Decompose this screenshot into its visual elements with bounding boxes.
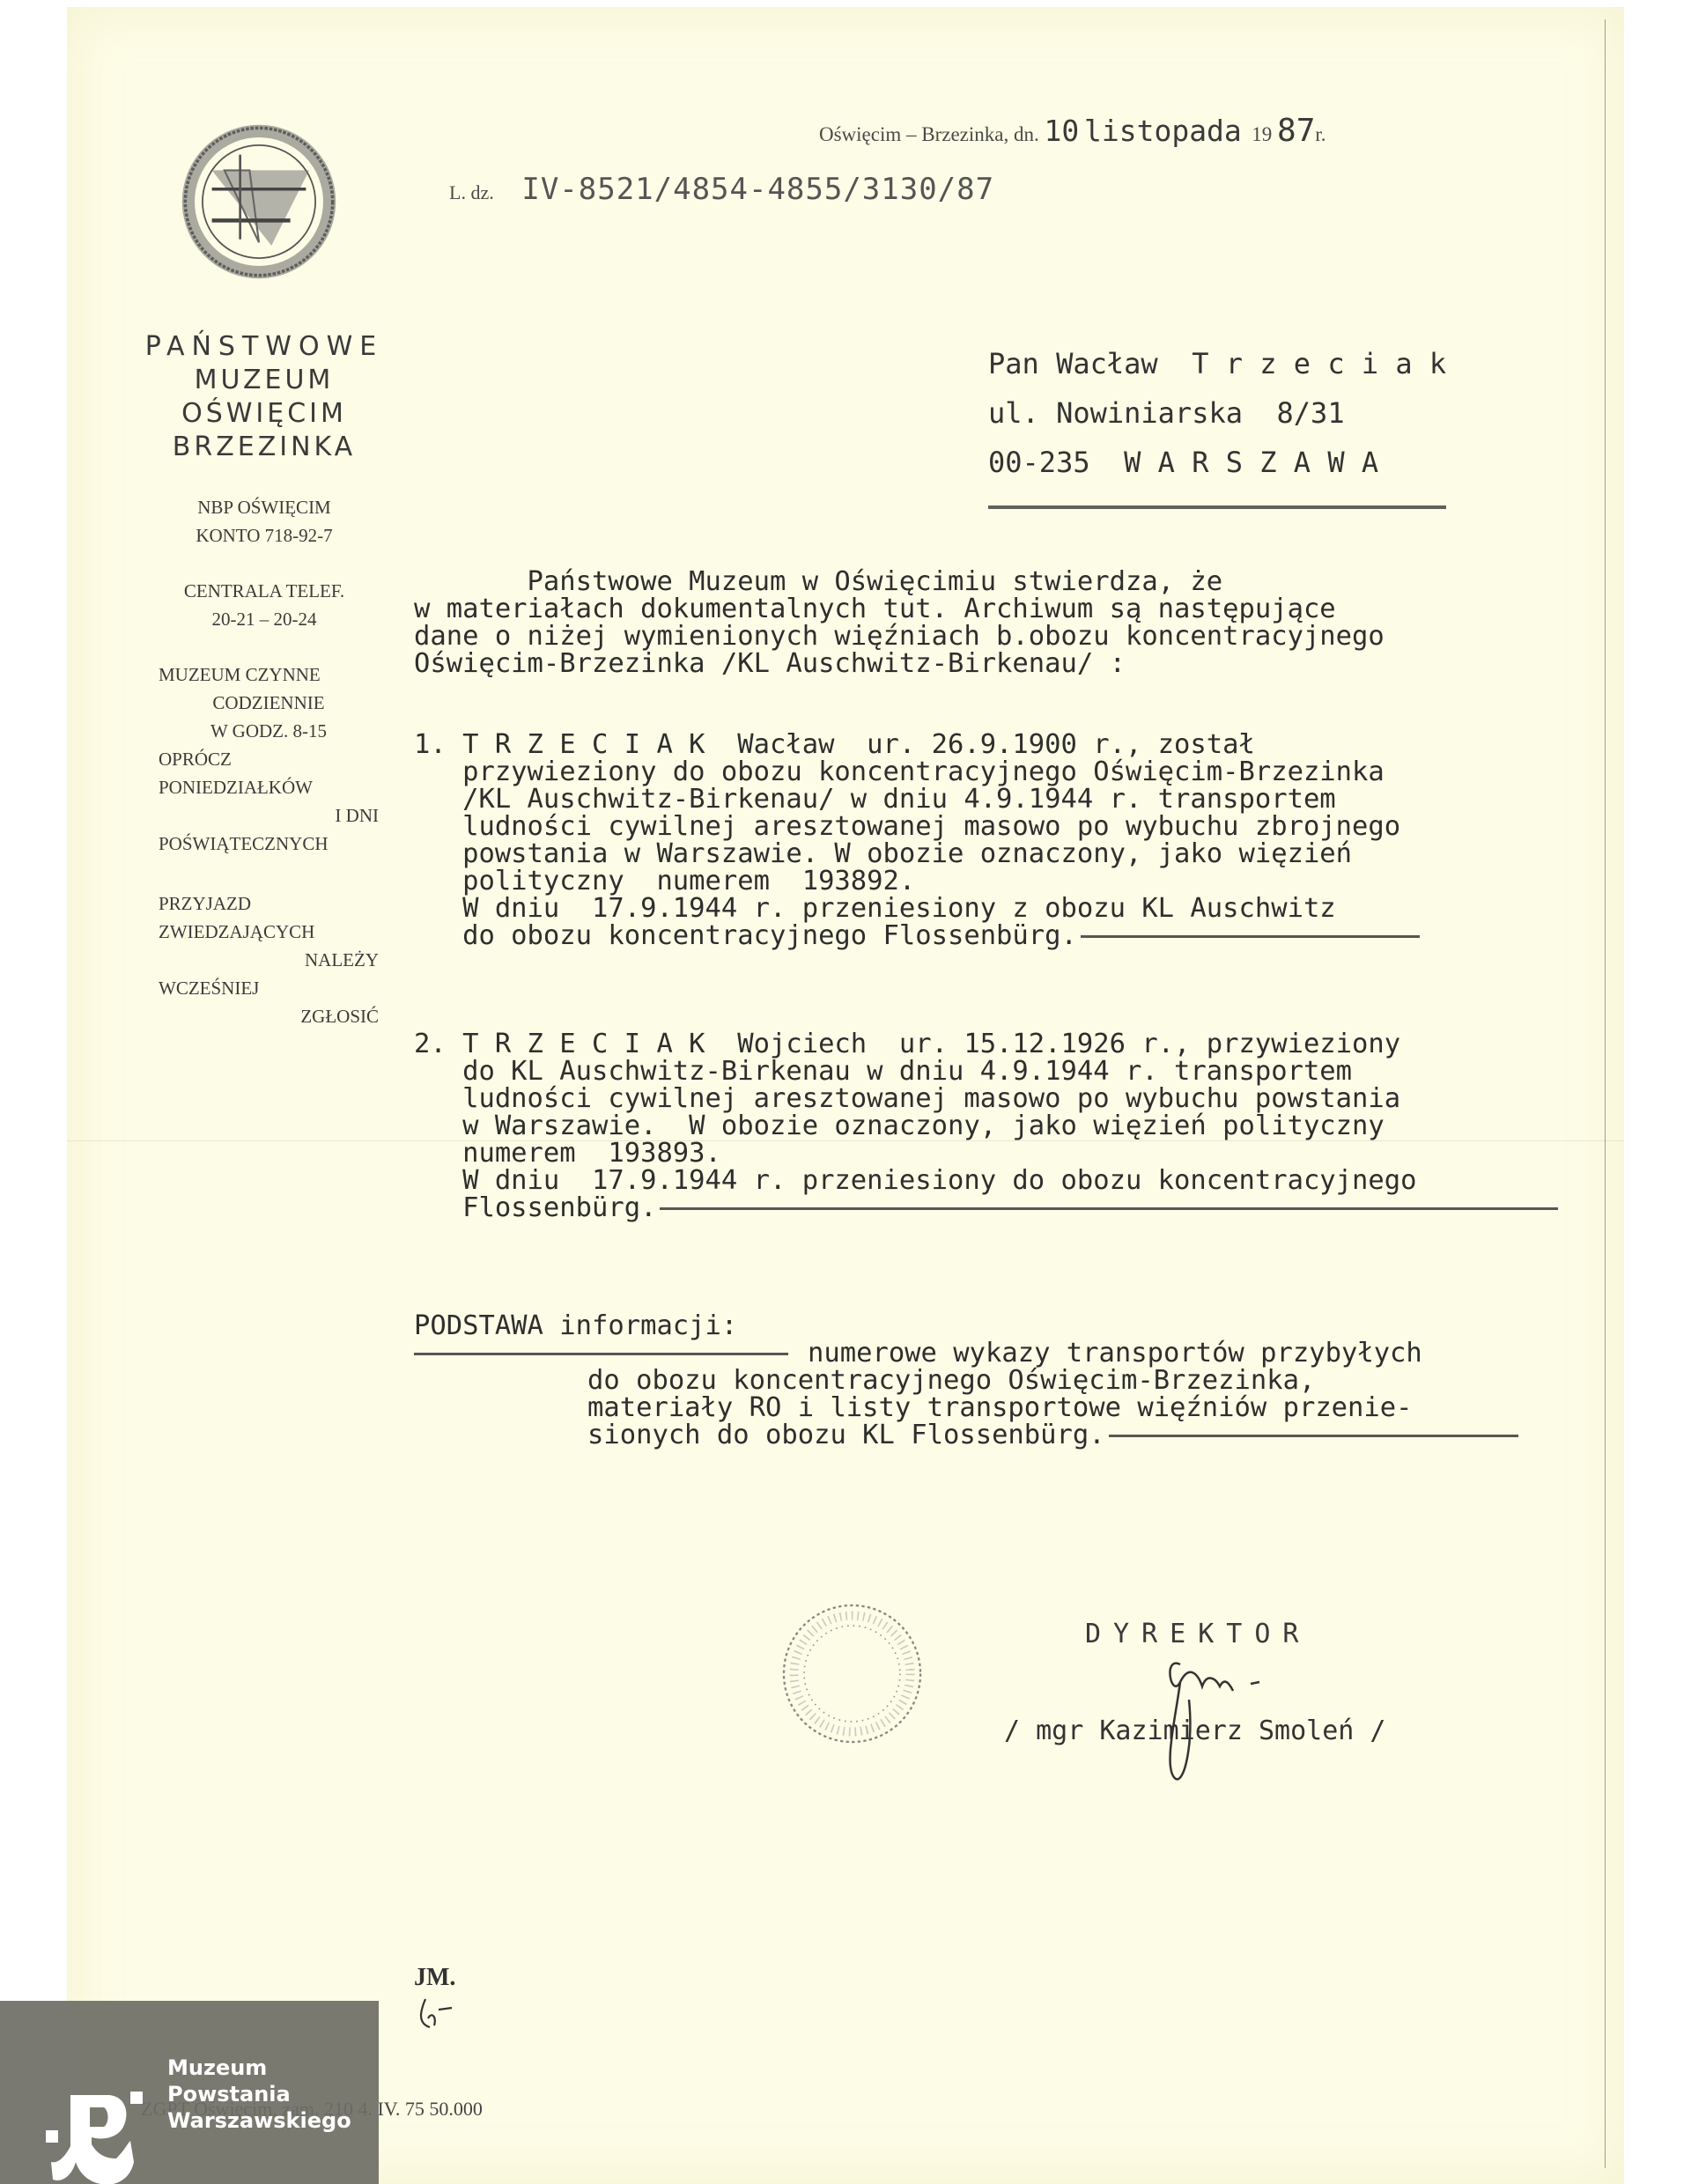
filler-dash-line bbox=[660, 1207, 1558, 1210]
initials-scribble-icon bbox=[412, 1992, 474, 2036]
director-title: DYREKTOR bbox=[1085, 1619, 1311, 1649]
watermark-text: Muzeum Powstania Warszawskiego bbox=[167, 2055, 351, 2134]
date-day: 10 bbox=[1044, 114, 1079, 148]
prisoner-entry-2: 2. T R Z E C I A K Wojciech ur. 15.12.19… bbox=[414, 1030, 1558, 1221]
phone-numbers: CENTRALA TELEF. 20-21 – 20-24 bbox=[132, 577, 396, 633]
date-line: Oświęcim – Brzezinka, dn. 10 listopada 1… bbox=[819, 113, 1326, 149]
typist-initials: JM. bbox=[414, 1964, 455, 1992]
intro-paragraph: Państwowe Muzeum w Oświęcimiu stwierdza,… bbox=[414, 568, 1385, 677]
director-name: / mgr Kazimierz Smoleń / bbox=[1004, 1715, 1385, 1746]
addressee-block: Pan Wacław T r z e c i a kul. Nowiniarsk… bbox=[988, 339, 1446, 487]
prisoner-entry-1: 1. T R Z E C I A K Wacław ur. 26.9.1900 … bbox=[414, 731, 1420, 949]
institution-name: PAŃSTWOWE MUZEUM OŚWIĘCIM BRZEZINKA bbox=[132, 330, 396, 464]
opening-hours: MUZEUM CZYNNE CODZIENNIE W GODZ. 8-15 OP… bbox=[159, 660, 379, 858]
addressee-underline bbox=[988, 505, 1446, 509]
information-basis: PODSTAWA informacji:numerowe wykazy tran… bbox=[414, 1312, 1518, 1449]
date-month: listopada bbox=[1084, 114, 1242, 148]
bank-account: NBP OŚWIĘCIM KONTO 718-92-7 bbox=[132, 493, 396, 550]
filler-dash-line bbox=[1109, 1435, 1518, 1437]
filler-dash-line bbox=[1081, 935, 1420, 938]
kotwica-anchor-logo-icon bbox=[46, 2092, 151, 2184]
visit-notice: PRZYJAZD ZWIEDZAJĄCYCH NALEŻY WCZEŚNIEJ … bbox=[159, 889, 379, 1030]
museum-seal-icon bbox=[181, 123, 337, 280]
filler-dash-line bbox=[414, 1353, 788, 1355]
official-stamp-icon bbox=[779, 1601, 925, 1746]
date-year: 87 bbox=[1277, 113, 1315, 149]
reference-number: L. dz. IV-8521/4854-4855/3130/87 bbox=[449, 172, 994, 207]
paper-fold-line bbox=[1605, 19, 1606, 2168]
